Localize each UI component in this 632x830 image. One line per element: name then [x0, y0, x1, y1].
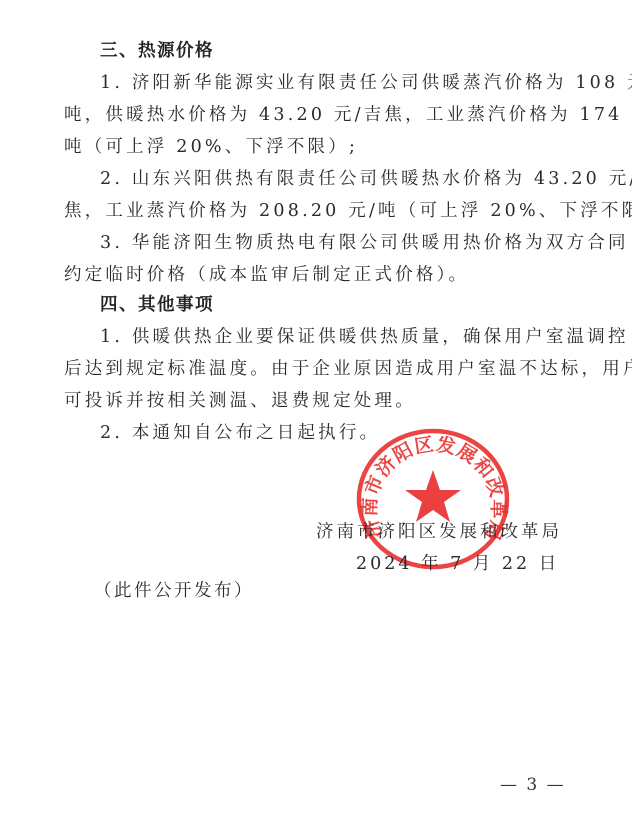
paragraph-line: 吨（可上浮 20%、下浮不限）; [64, 136, 568, 158]
paragraph-line: 可投诉并按相关测温、退费规定处理。 [64, 390, 568, 412]
paragraph-line: 1. 供暖供热企业要保证供暖供热质量，确保用户室温调控 [100, 326, 604, 348]
issue-date: 2024 年 7 月 22 日 [356, 550, 559, 575]
issuing-organization: 济南市济阳区发展和改革局 [316, 518, 562, 543]
paragraph-line: 吨，供暖热水价格为 43.20 元/吉焦，工业蒸汽价格为 174 元/ [64, 104, 568, 126]
paragraph-line: 约定临时价格（成本监审后制定正式价格）。 [64, 264, 568, 286]
section-heading-other-matters: 四、其他事项 [100, 294, 604, 316]
publication-note: （此件公开发布） [94, 580, 598, 602]
official-seal-icon: 济南市济阳区发展和改革局 [355, 428, 511, 570]
paragraph-line: 3. 华能济阳生物质热电有限公司供暖用热价格为双方合同 [100, 232, 604, 254]
page-number: — 3 — [500, 775, 566, 795]
paragraph-line: 焦，工业蒸汽价格为 208.20 元/吨（可上浮 20%、下浮不限）; [64, 200, 568, 222]
section-heading-heat-source-prices: 三、热源价格 [100, 40, 604, 62]
paragraph-line: 后达到规定标准温度。由于企业原因造成用户室温不达标，用户 [64, 358, 568, 380]
paragraph-line: 1. 济阳新华能源实业有限责任公司供暖蒸汽价格为 108 元/ [100, 72, 604, 94]
document-page: 三、热源价格 1. 济阳新华能源实业有限责任公司供暖蒸汽价格为 108 元/ 吨… [0, 0, 632, 830]
paragraph-line: 2. 山东兴阳供热有限责任公司供暖热水价格为 43.20 元/吉 [100, 168, 604, 190]
paragraph-line: 2. 本通知自公布之日起执行。 [100, 422, 604, 444]
